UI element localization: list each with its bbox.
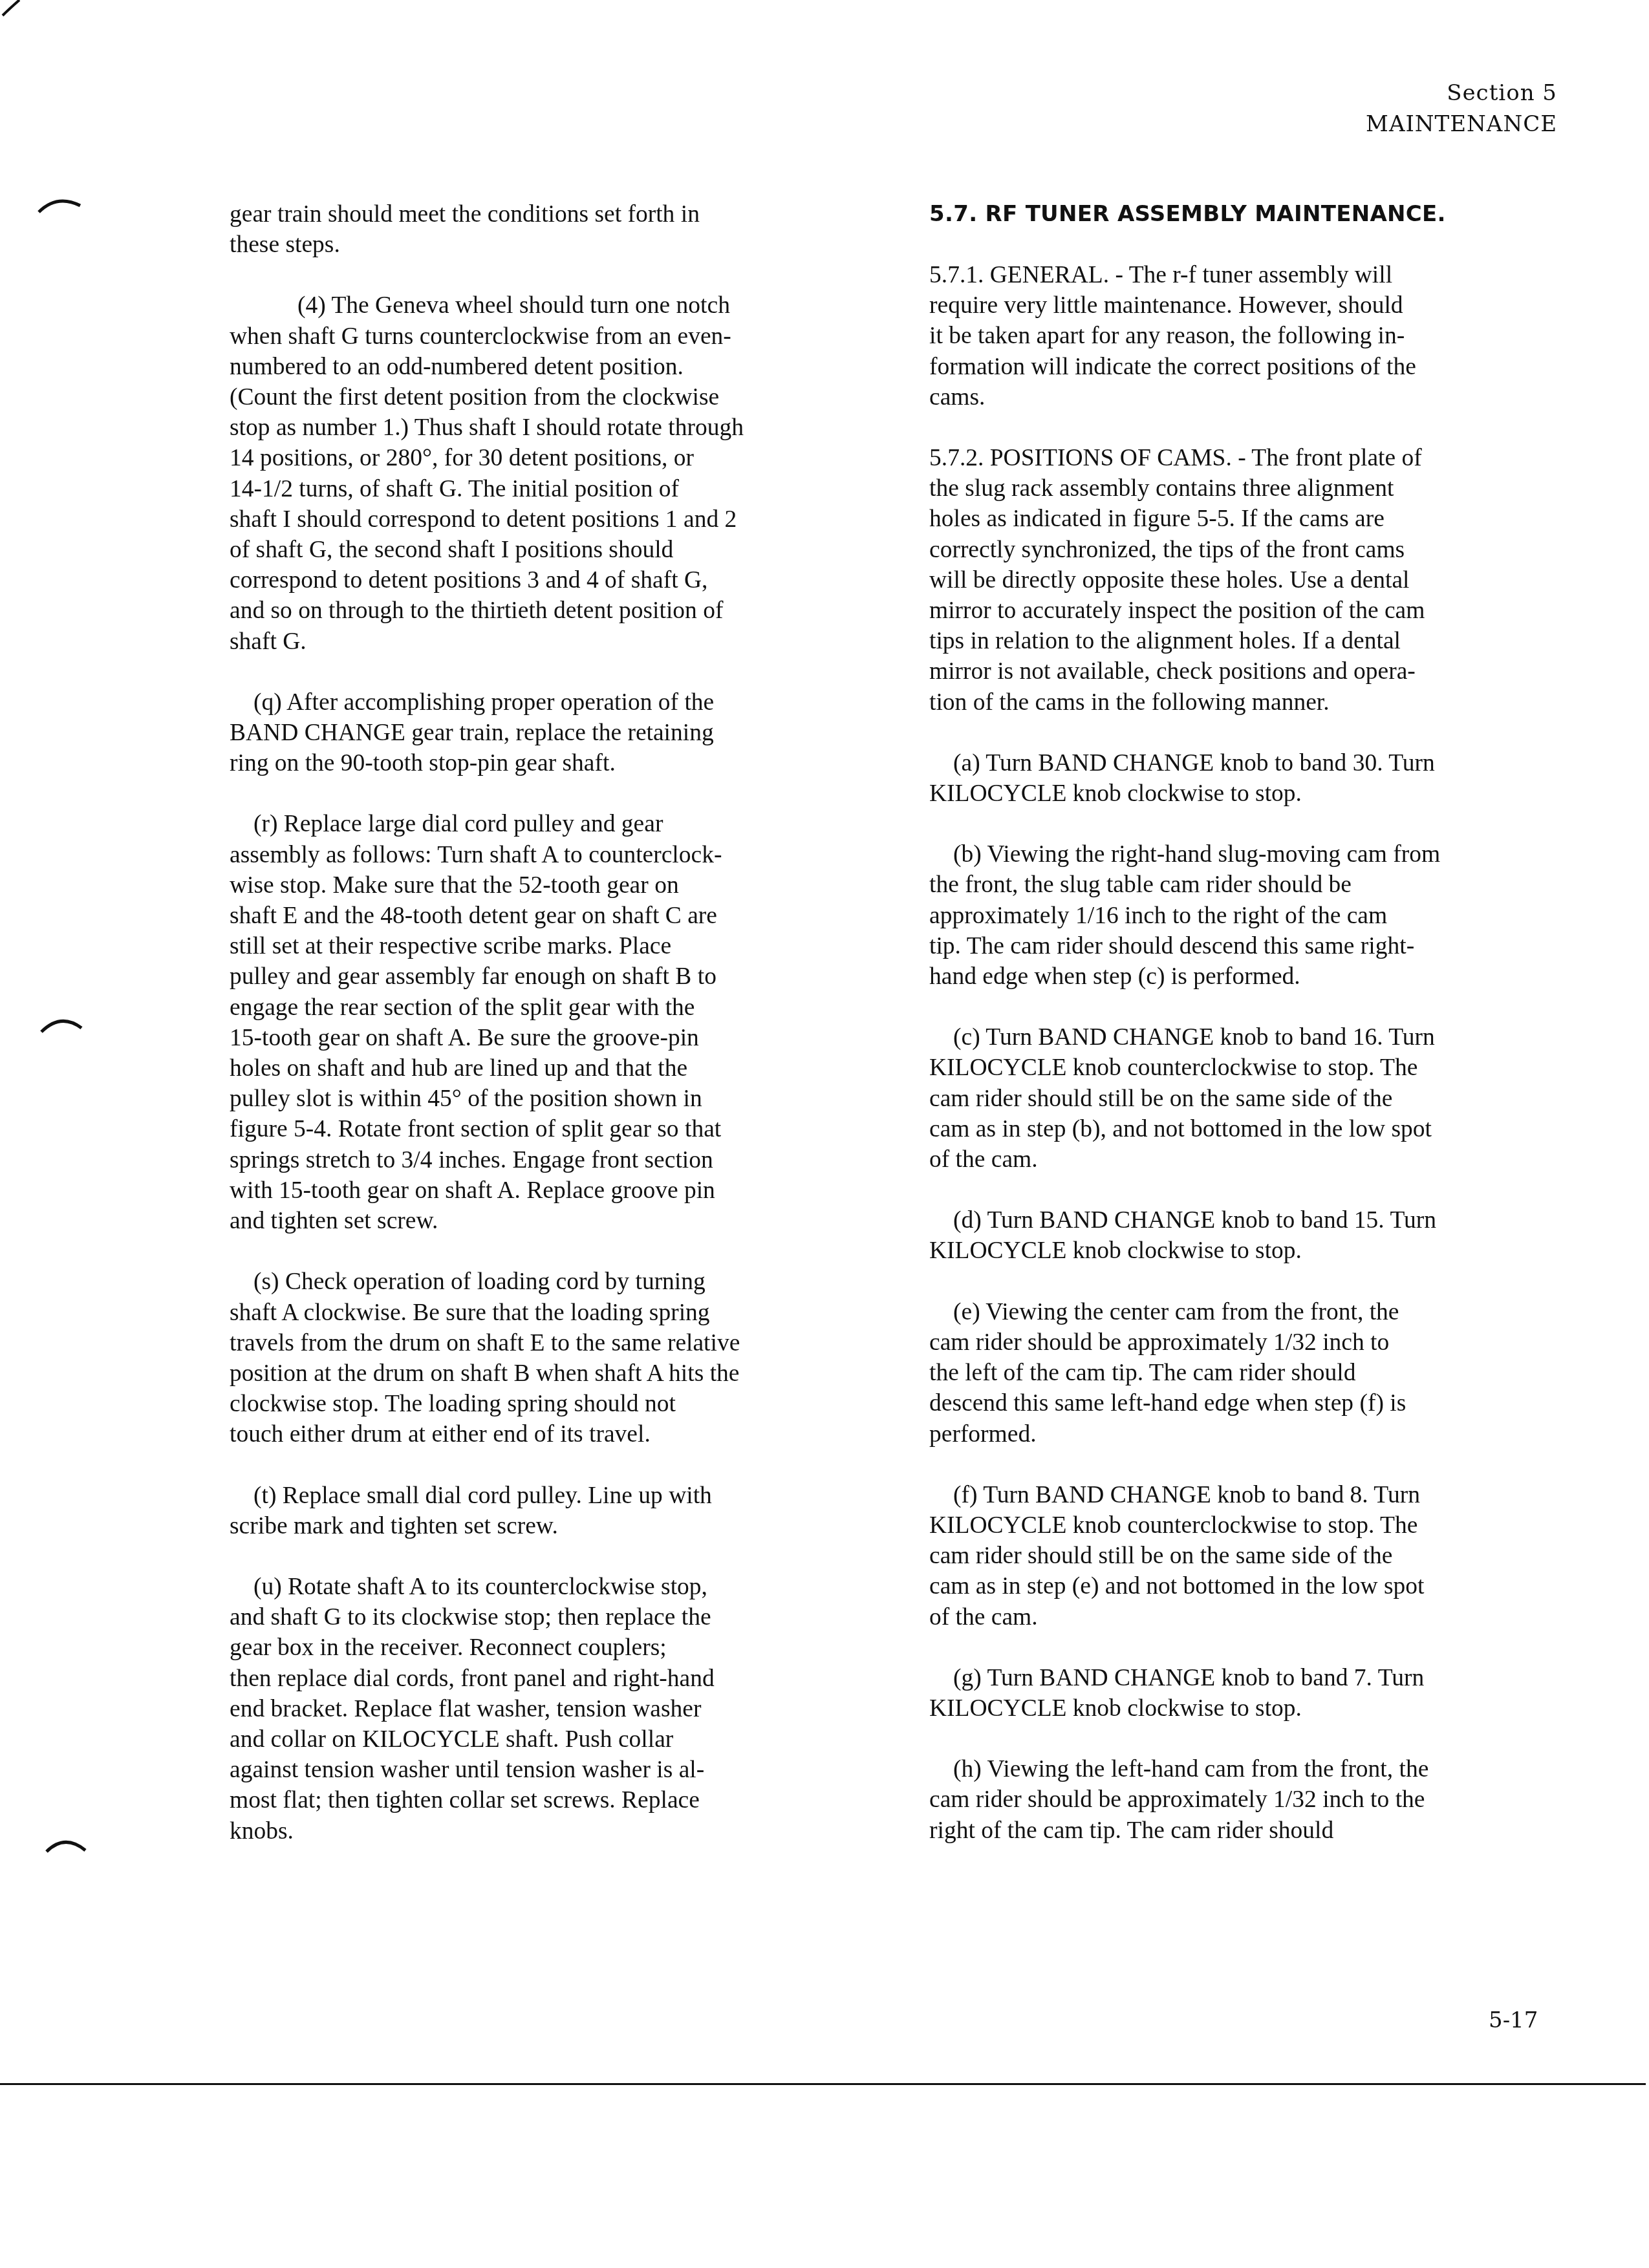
paragraph-step-g: (g) Turn BAND CHANGE knob to band 7. Tur… — [929, 1663, 1576, 1724]
binder-hole-mark-icon — [45, 1835, 91, 1861]
section-heading: 5.7. RF TUNER ASSEMBLY MAINTENANCE. — [929, 199, 1576, 230]
paragraph-step-e: (e) Viewing the center cam from the fron… — [929, 1297, 1576, 1450]
paragraph-5-7-2-positions-of-cams: 5.7.2. POSITIONS OF CAMS. - The front pl… — [929, 443, 1576, 718]
paragraph-step-c: (c) Turn BAND CHANGE knob to band 16. Tu… — [929, 1022, 1576, 1175]
paragraph-step-s: (s) Check operation of loading cord by t… — [230, 1267, 909, 1450]
binder-hole-mark-icon — [38, 194, 83, 220]
left-column: gear train should meet the conditions se… — [230, 199, 909, 1877]
paragraph-step-h: (h) Viewing the left-hand cam from the f… — [929, 1754, 1576, 1846]
paragraph-step-t: (t) Replace small dial cord pulley. Line… — [230, 1481, 909, 1541]
page-number: 5-17 — [1489, 2007, 1538, 2033]
paragraph-step-q: (q) After accomplishing proper operation… — [230, 687, 909, 779]
paragraph-step-b: (b) Viewing the right-hand slug-moving c… — [929, 839, 1576, 992]
paragraph-step-f: (f) Turn BAND CHANGE knob to band 8. Tur… — [929, 1480, 1576, 1632]
paragraph-step-r: (r) Replace large dial cord pulley and g… — [230, 809, 909, 1236]
running-header: Section 5 MAINTENANCE — [1366, 78, 1557, 140]
paragraph-step-u: (u) Rotate shaft A to its counterclockwi… — [230, 1572, 909, 1846]
paragraph-step-a: (a) Turn BAND CHANGE knob to band 30. Tu… — [929, 748, 1576, 809]
paragraph-continuation: gear train should meet the conditions se… — [230, 199, 909, 260]
paragraph-5-7-1-general: 5.7.1. GENERAL. - The r-f tuner assembly… — [929, 260, 1576, 412]
section-label: Section 5 — [1366, 78, 1557, 109]
bottom-rule-divider — [0, 2083, 1646, 2085]
scan-corner-mark-icon — [0, 0, 26, 19]
binder-hole-mark-icon — [40, 1014, 85, 1040]
chapter-title: MAINTENANCE — [1366, 109, 1557, 140]
paragraph-step-4: (4) The Geneva wheel should turn one not… — [230, 290, 909, 656]
right-column: 5.7. RF TUNER ASSEMBLY MAINTENANCE. 5.7.… — [929, 199, 1576, 1876]
document-page: Section 5 MAINTENANCE gear train should … — [0, 0, 1649, 2268]
paragraph-step-d: (d) Turn BAND CHANGE knob to band 15. Tu… — [929, 1205, 1576, 1266]
